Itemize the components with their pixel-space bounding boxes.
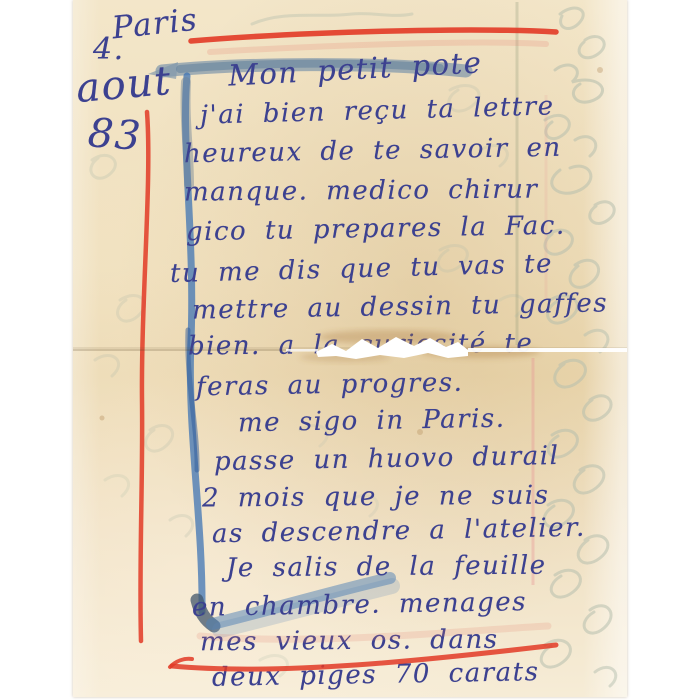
letter-scan: Paris 4. aout 83 Mon petit pote j'ai bie… bbox=[0, 0, 700, 700]
tear-and-crease bbox=[0, 0, 700, 700]
